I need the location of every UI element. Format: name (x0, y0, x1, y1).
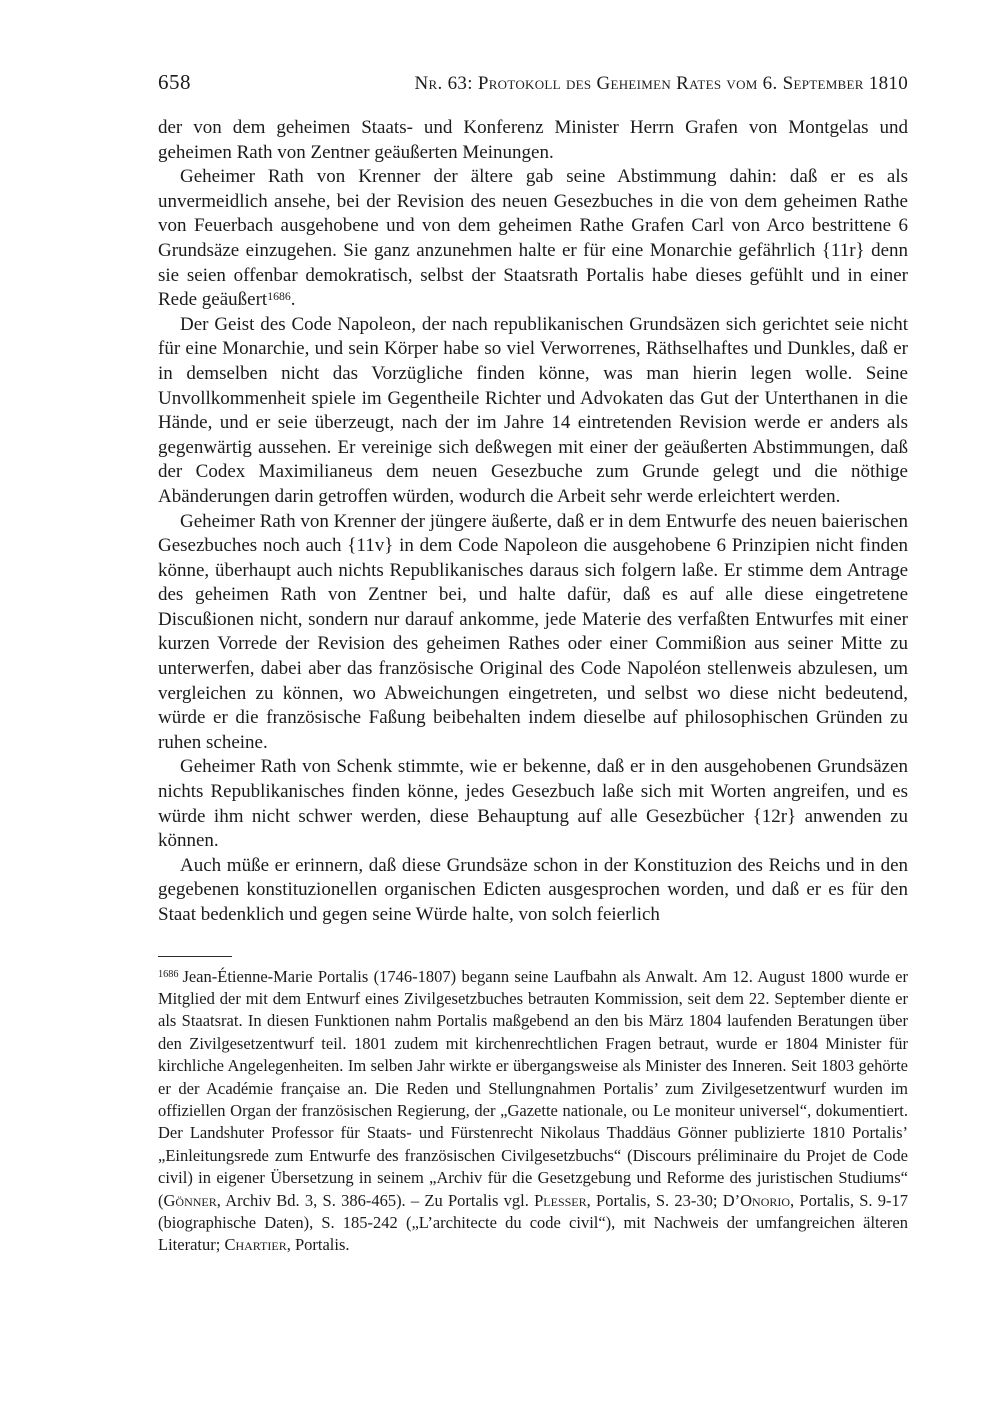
text-run: Geheimer Rath von Krenner der ältere gab… (158, 166, 908, 310)
text-run: , Portalis. (287, 1235, 350, 1254)
paragraph: Der Geist des Code Napoleon, der nach re… (158, 313, 908, 510)
paragraph: Geheimer Rath von Krenner der jüngere äu… (158, 510, 908, 756)
page-header: 658 Nr. 63: Protokoll des Geheimen Rates… (158, 70, 908, 95)
text-run: Geheimer Rath von Schenk stimmte, wie er… (158, 756, 908, 851)
footnote: 1686Jean-Étienne-Marie Portalis (1746-18… (158, 966, 908, 1257)
text-run: . (291, 289, 296, 310)
text-run: , Portalis, S. 23-30; (587, 1191, 723, 1210)
text-run: Der Geist des Code Napoleon, der nach re… (158, 314, 908, 507)
page-number: 658 (158, 70, 191, 95)
text-run: Auch müße er erinnern, daß diese Grundsä… (158, 855, 908, 925)
paragraph: Geheimer Rath von Krenner der ältere gab… (158, 165, 908, 313)
book-page: 658 Nr. 63: Protokoll des Geheimen Rates… (0, 0, 1004, 1418)
smallcaps-name: Plesser (534, 1191, 587, 1210)
smallcaps-name: D’Onorio (723, 1191, 790, 1210)
paragraph: Geheimer Rath von Schenk stimmte, wie er… (158, 755, 908, 853)
body-text: der von dem geheimen Staats- und Konfere… (158, 116, 908, 928)
paragraph: der von dem geheimen Staats- und Konfere… (158, 116, 908, 165)
footnote-marker: 1686 (158, 969, 178, 980)
footnote-body: Jean-Étienne-Marie Portalis (1746-1807) … (158, 967, 908, 1255)
paragraph: Auch müße er erinnern, daß diese Grundsä… (158, 854, 908, 928)
text-run: Jean-Étienne-Marie Portalis (1746-1807) … (158, 967, 908, 1210)
text-run: der von dem geheimen Staats- und Konfere… (158, 117, 908, 163)
running-head: Nr. 63: Protokoll des Geheimen Rates vom… (415, 73, 909, 95)
smallcaps-name: Gönner (164, 1191, 217, 1210)
text-run: Geheimer Rath von Krenner der jüngere äu… (158, 511, 908, 753)
text-run: , Archiv Bd. 3, S. 386-465). – Zu Portal… (217, 1191, 534, 1210)
smallcaps-name: Chartier (224, 1235, 286, 1254)
footnote-separator-rule (158, 956, 232, 957)
footnote-reference: 1686 (267, 290, 291, 303)
